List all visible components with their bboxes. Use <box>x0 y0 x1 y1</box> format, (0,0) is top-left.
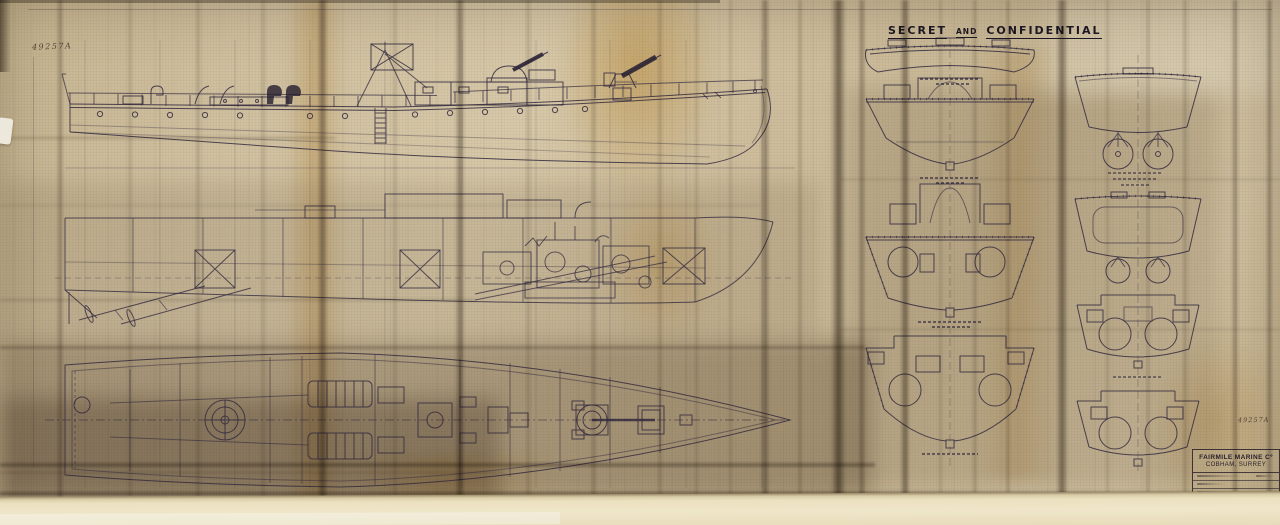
fold-crease <box>1266 0 1273 525</box>
fold-crease <box>831 0 846 525</box>
classification-word-and: AND <box>956 27 977 38</box>
dark-top-edge <box>0 0 720 3</box>
company-location: COBHAM, SURREY <box>1206 462 1266 469</box>
deck-plan-view <box>40 345 800 495</box>
sections-column-outer <box>1063 55 1213 475</box>
company-name: FAIRMILE MARINE Cº <box>1199 454 1273 462</box>
title-block-row <box>1193 473 1279 481</box>
sheet-border-top <box>28 9 1272 10</box>
aft-deck-fittings <box>123 86 288 105</box>
torn-tape-left-edge <box>0 117 14 145</box>
side-ladder <box>375 108 386 144</box>
side-elevation-view <box>55 40 795 180</box>
drawing-number-right: 49257A <box>1238 416 1270 425</box>
classification-word-secret: SECRET <box>888 24 947 39</box>
inboard-profile-view <box>55 182 795 337</box>
sections-column-inner <box>858 38 1043 468</box>
tanks-xbraced <box>195 248 705 288</box>
title-block-name: FAIRMILE MARINE Cº COBHAM, SURREY <box>1193 450 1279 473</box>
bow-gun <box>604 55 661 100</box>
midship-cabin <box>415 82 563 105</box>
engine-machinery <box>475 222 667 300</box>
classification-word-confidential: CONFIDENTIAL <box>986 24 1101 39</box>
backing-card-light <box>0 512 560 525</box>
propellers-shafts <box>65 286 251 327</box>
dark-top-left-corner <box>0 0 11 72</box>
midship-gun-turret <box>487 52 555 82</box>
sheet-border-left <box>33 57 34 467</box>
classification-heading: SECRET AND CONFIDENTIAL <box>888 24 1068 39</box>
inboard-hull <box>55 217 795 303</box>
aft-gun-mount-plan <box>74 397 245 440</box>
drawing-number-top-left: 49257A <box>32 41 73 51</box>
bulkheads <box>133 218 695 303</box>
superstructure <box>255 194 591 218</box>
mast-derrick <box>357 42 427 106</box>
fold-crease <box>1231 0 1239 525</box>
blueprint-sheet: SECRET AND CONFIDENTIAL 49257A 49257A FA… <box>0 0 1280 525</box>
title-block-row <box>1193 481 1279 489</box>
